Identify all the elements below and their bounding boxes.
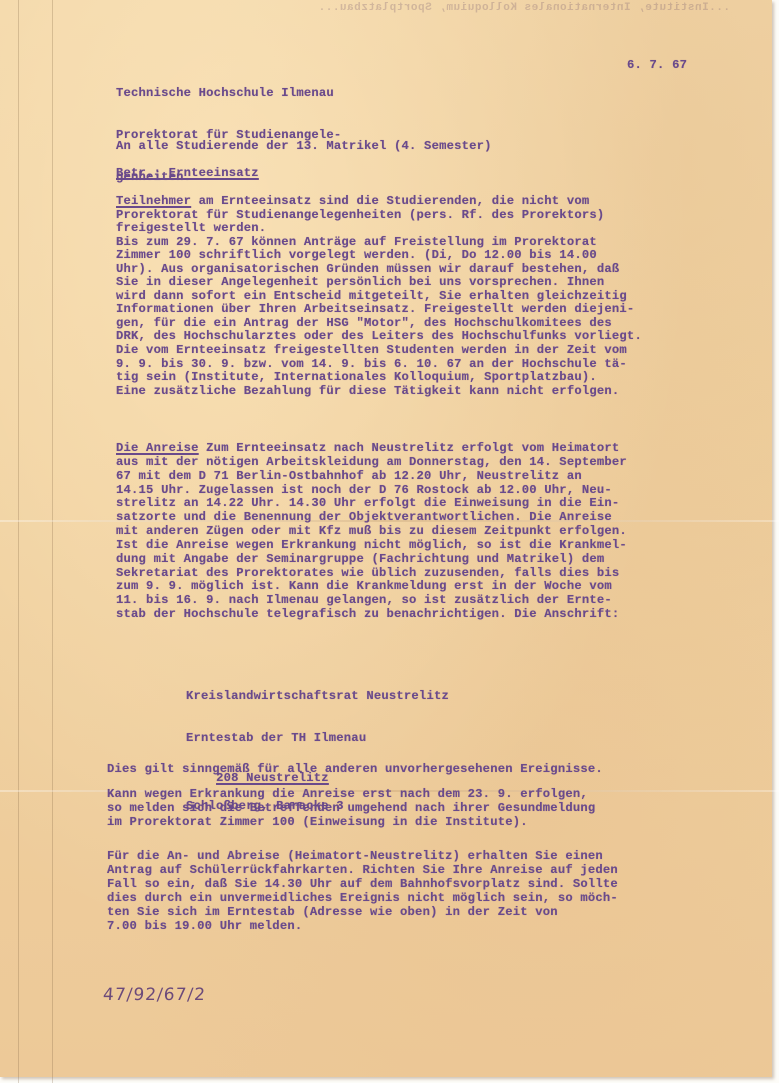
text-line: strelitz an 14.22 Uhr. 14.30 Uhr erfolgt… [116, 497, 627, 511]
text-line: Uhr). Aus organisatorischen Gründen müss… [116, 263, 642, 277]
paragraph-late-arrival: Kann wegen Erkrankung die Anreise erst n… [107, 787, 595, 829]
text-line: ten Sie sich im Erntestab (Adresse wie o… [107, 905, 618, 919]
text-line: zum 9. 9. möglich ist. Kann die Krankmel… [116, 580, 627, 594]
text-line: Teilnehmer am Ernteeinsatz sind die Stud… [116, 195, 642, 209]
text-line: Prorektorat für Studienangelegenheiten (… [116, 209, 642, 223]
paragraph-lead: Teilnehmer [116, 194, 191, 208]
text-line: Sie in dieser Angelegenheit persönlich b… [116, 276, 642, 290]
text-line: stab der Hochschule telegrafisch zu bena… [116, 608, 627, 622]
text-line: Ist die Anreise wegen Erkrankung nicht m… [116, 539, 627, 553]
text-line: dung mit Angabe der Seminargruppe (Fachr… [116, 553, 627, 567]
sender-line: Technische Hochschule Ilmenau [116, 86, 341, 100]
addressee-line: An alle Studierende der 13. Matrikel (4.… [116, 139, 492, 153]
address-line: Erntestab der TH Ilmenau [186, 731, 449, 745]
text-line: Kann wegen Erkrankung die Anreise erst n… [107, 787, 595, 801]
letter-date: 6. 7. 67 [627, 58, 687, 72]
text-line: mit anderen Zügen oder mit Kfz muß bis z… [116, 525, 627, 539]
paragraph-participants: Teilnehmer am Ernteeinsatz sind die Stud… [116, 195, 642, 398]
text-line: Fall so ein, daß Sie 14.30 Uhr auf dem B… [107, 877, 618, 891]
text-line: Antrag auf Schülerrückfahrkarten. Richte… [107, 863, 618, 877]
paragraph-arrival: Die Anreise Zum Ernteeinsatz nach Neustr… [116, 442, 627, 622]
text-line: wird dann sofort ein Entscheid mitgeteil… [116, 290, 642, 304]
text-line: dies durch ein unvermeidliches Ereignis … [107, 891, 618, 905]
text-line: Eine zusätzliche Bezahlung für diese Tät… [116, 385, 642, 399]
text-line: 14.15 Uhr. Zugelassen ist noch der D 76 … [116, 484, 627, 498]
text-line: 7.00 bis 19.00 Uhr melden. [107, 919, 618, 933]
text-line: aus mit der nötigen Arbeitskleidung am D… [116, 456, 627, 470]
text-line: gen, für die ein Antrag der HSG "Motor",… [116, 317, 642, 331]
text-line: Bis zum 29. 7. 67 können Anträge auf Fre… [116, 236, 642, 250]
text-line: satzorte und die Benennung der Objektver… [116, 511, 627, 525]
typed-letter: Technische Hochschule Ilmenau Prorektora… [0, 0, 779, 1083]
paragraph-lead: Die Anreise [116, 441, 199, 455]
text-line: im Prorektorat Zimmer 100 (Einweisung in… [107, 815, 595, 829]
text-line: 11. bis 16. 9. nach Ilmenau gelangen, so… [116, 594, 627, 608]
text-line: so melden sich die Betreffenden umgehend… [107, 801, 595, 815]
text-line: Für die An- und Abreise (Heimatort-Neust… [107, 849, 618, 863]
text-line: DRK, des Hochschularztes oder des Leiter… [116, 330, 642, 344]
address-line: Kreislandwirtschaftsrat Neustrelitz [186, 689, 449, 703]
text-line: tig sein (Institute, Internationales Kol… [116, 371, 642, 385]
text-line: Sekretariat des Prorektorates wie üblich… [116, 567, 627, 581]
text-line: 9. 9. bis 30. 9. bzw. vom 14. 9. bis 6. … [116, 358, 642, 372]
text-line: freigestellt werden. [116, 222, 642, 236]
archive-number-handwritten: 47/92/67/2 [102, 985, 206, 1005]
text-line: Die vom Ernteeinsatz freigestellten Stud… [116, 344, 642, 358]
text-line: Die Anreise Zum Ernteeinsatz nach Neustr… [116, 442, 627, 456]
text-line: Informationen über Ihren Arbeitseinsatz.… [116, 303, 642, 317]
text-line: 67 mit dem D 71 Berlin-Ostbahnhof ab 12.… [116, 470, 627, 484]
sender-block: Technische Hochschule Ilmenau Prorektora… [116, 58, 341, 212]
paragraph-travel: Für die An- und Abreise (Heimatort-Neust… [107, 849, 618, 933]
text-line: Zimmer 100 schriftlich vorgelegt werden.… [116, 249, 642, 263]
paragraph-unforeseen: Dies gilt sinngemäß für alle anderen unv… [107, 762, 603, 776]
subject-line: Betr.: Ernteeinsatz [116, 166, 259, 180]
